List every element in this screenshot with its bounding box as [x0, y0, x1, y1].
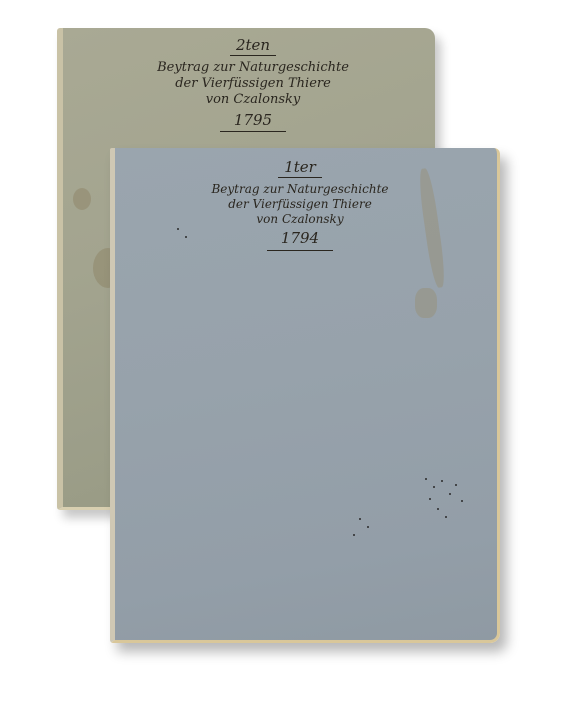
water-stain — [415, 288, 437, 318]
label-year: 1794 — [267, 229, 333, 251]
volume-number: 1ter — [278, 158, 322, 178]
label-line-3: von Czalonsky — [185, 212, 415, 227]
volume-number: 2ten — [230, 36, 276, 56]
handwritten-label: 1ter Beytrag zur Naturgeschichte der Vie… — [185, 158, 415, 251]
booklet-volume-1: 1ter Beytrag zur Naturgeschichte der Vie… — [110, 148, 500, 643]
water-stain — [417, 168, 448, 289]
handwritten-label: 2ten Beytrag zur Naturgeschichte der Vie… — [123, 36, 383, 132]
label-line-1: Beytrag zur Naturgeschichte — [123, 60, 383, 76]
label-line-2: der Vierfüssigen Thiere — [185, 197, 415, 212]
label-year: 1795 — [220, 111, 286, 133]
label-line-2: der Vierfüssigen Thiere — [123, 76, 383, 92]
label-line-1: Beytrag zur Naturgeschichte — [185, 182, 415, 197]
foxing-stain — [73, 188, 91, 210]
label-line-3: von Czalonsky — [123, 92, 383, 108]
